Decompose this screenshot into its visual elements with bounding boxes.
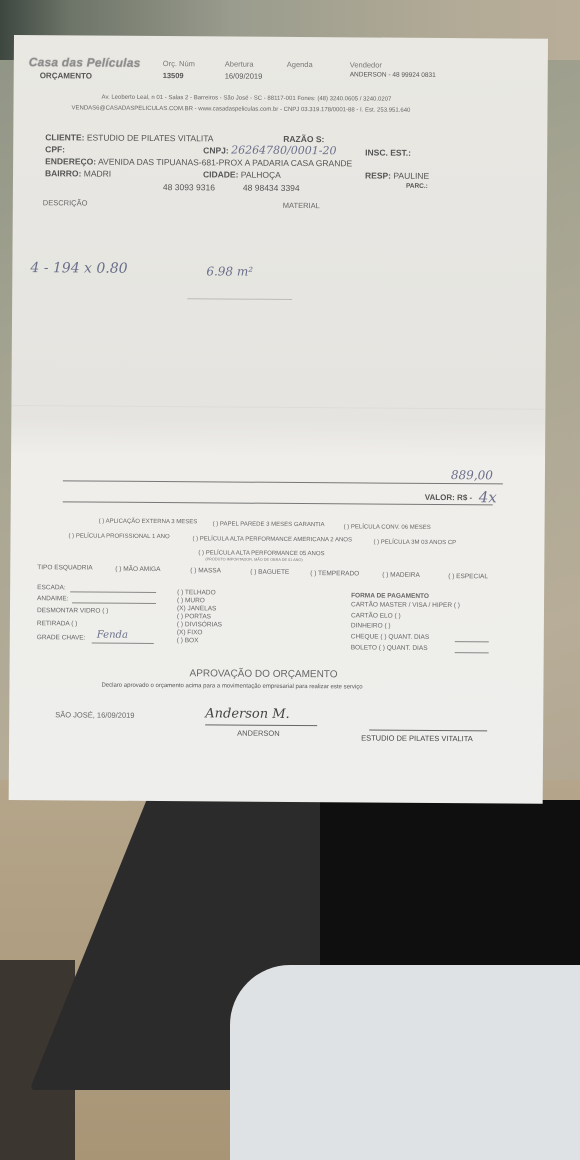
film-note: (PRODUTO IMPORTADOR, MÃO DE OBRA DE 01 A…: [205, 557, 302, 562]
background-shirt: [230, 965, 580, 1160]
parc-label: PARC.:: [406, 183, 428, 190]
grade-value: Fenda: [97, 630, 128, 641]
phone-2: 48 98434 3394: [243, 183, 300, 193]
valor-line-1: [63, 480, 503, 484]
esquadria-option: ( ) MASSA: [190, 567, 221, 574]
agenda-label: Agenda: [287, 60, 313, 69]
boleto-dias-line: [455, 652, 489, 653]
cidade-field: CIDADE: PALHOÇA: [203, 169, 281, 180]
approval-title: APROVAÇÃO DO ORÇAMENTO: [190, 668, 338, 680]
orc-num-label: Orç. Núm: [163, 59, 195, 68]
item-description: 4 - 194 x 0.80: [30, 260, 127, 277]
company-contact: VENDAS6@CASADASPELICULAS.COM.BR - www.ca…: [71, 105, 410, 113]
valor-amount: 889,00: [451, 468, 493, 482]
pagamento-title: FORMA DE PAGAMENTO: [351, 592, 429, 600]
pagamento-option: BOLETO ( ) QUANT. DIAS: [351, 644, 428, 652]
film-option: ( ) PELÍCULA PROFISSIONAL 1 ANO: [68, 533, 169, 540]
retirada-option: RETIRADA ( ): [37, 620, 78, 627]
abertura-date: 16/09/2019: [225, 71, 263, 80]
bairro-field: BAIRRO: MADRI: [45, 168, 111, 178]
descricao-label: DESCRIÇÃO: [43, 198, 88, 207]
cpf-label: CPF:: [45, 144, 65, 154]
valor-label: VALOR: R$ -: [425, 493, 472, 502]
item-area: 6.98 m²: [206, 264, 253, 278]
grade-line: [92, 643, 154, 644]
phone-1: 48 3093 9316: [163, 182, 215, 192]
andaime-line: [72, 602, 156, 604]
film-option: ( ) PELÍCULA ALTA PERFORMANCE AMERICANA …: [192, 536, 352, 543]
cheque-dias-line: [455, 641, 489, 642]
esquadria-option: ( ) MÃO AMIGA: [115, 566, 160, 573]
grade-label: GRADE CHAVE:: [37, 634, 86, 641]
cliente-field: CLIENTE: ESTUDIO DE PILATES VITALITA: [45, 132, 213, 143]
endereco-field: ENDEREÇO: AVENIDA DAS TIPUANAS-681-PROX …: [45, 156, 352, 168]
local-option: ( ) PORTAS: [177, 613, 211, 620]
seller-signature-line: [205, 724, 317, 726]
local-option: ( ) DIVISÓRIAS: [177, 621, 222, 628]
razao-label: RAZÃO S:: [283, 134, 324, 144]
esquadria-option: ( ) TEMPERADO: [310, 570, 359, 577]
paper-fold: [11, 405, 545, 410]
esquadria-option: ( ) BAGUETE: [250, 569, 289, 576]
handwritten-underline: [187, 298, 292, 300]
company-logo: Casa das Películas: [29, 55, 141, 70]
film-option: ( ) PELÍCULA CONV. 06 MESES: [344, 524, 431, 531]
desmontar-option: DESMONTAR VIDRO ( ): [37, 607, 108, 614]
esquadria-option: ( ) MADEIRA: [382, 572, 420, 579]
valor-line-2: [63, 501, 493, 505]
escada-label: ESCADA:: [37, 584, 66, 591]
orc-num: 13509: [163, 71, 184, 80]
pagamento-option: DINHEIRO ( ): [351, 622, 391, 629]
pagamento-option: CHEQUE ( ) QUANT. DIAS: [351, 633, 429, 641]
resp-field: RESP: PAULINE: [365, 170, 429, 180]
quote-document: Casa das Películas ORÇAMENTO Orç. Núm 13…: [9, 35, 548, 804]
local-option: ( ) TELHADO: [177, 589, 216, 596]
valor-installments: 4x: [479, 488, 497, 506]
esquadria-label: TIPO ESQUADRIA: [37, 564, 92, 571]
place-date: SÃO JOSÉ, 16/09/2019: [55, 710, 134, 720]
film-option: ( ) PAPEL PAREDE 3 MESES GARANTIA: [213, 521, 325, 528]
company-address: Av. Leoberto Leal, n 01 - Salas 2 - Barr…: [102, 95, 392, 103]
pagamento-option: CARTÃO MASTER / VISA / HIPER ( ): [351, 601, 460, 609]
doc-type: ORÇAMENTO: [40, 71, 92, 80]
local-option: ( ) MURO: [177, 597, 205, 604]
film-option: ( ) PELÍCULA 3M 03 ANOS CP: [373, 540, 456, 547]
vendedor-label: Vendedor: [350, 60, 382, 69]
andaime-label: ANDAIME:: [37, 595, 68, 602]
client-signature-line: [369, 729, 487, 731]
seller-name: ANDERSON: [237, 729, 280, 738]
escada-line: [70, 591, 156, 593]
film-option: ( ) APLICAÇÃO EXTERNA 3 MESES: [99, 519, 198, 526]
client-name: ESTUDIO DE PILATES VITALITA: [361, 733, 473, 743]
vendedor: ANDERSON - 48 99924 0831: [350, 71, 436, 79]
cnpj-field: CNPJ: 26264780/0001-20: [203, 143, 336, 157]
pagamento-option: CARTÃO ELO ( ): [351, 612, 401, 619]
local-option-checked: (X) FIXO: [177, 629, 203, 636]
material-label: MATERIAL: [283, 201, 320, 210]
esquadria-option: ( ) ESPECIAL: [448, 573, 488, 580]
local-option: ( ) BOX: [177, 637, 199, 644]
film-option: ( ) PELÍCULA ALTA PERFORMANCE 05 ANOS: [198, 550, 324, 557]
abertura-label: Abertura: [225, 59, 254, 68]
approval-text: Declaro aprovado o orçamento acima para …: [101, 683, 362, 691]
seller-signature: Anderson M.: [205, 706, 290, 722]
local-option-checked: (X) JANELAS: [177, 605, 216, 612]
insc-label: INSC. EST.:: [365, 147, 411, 157]
